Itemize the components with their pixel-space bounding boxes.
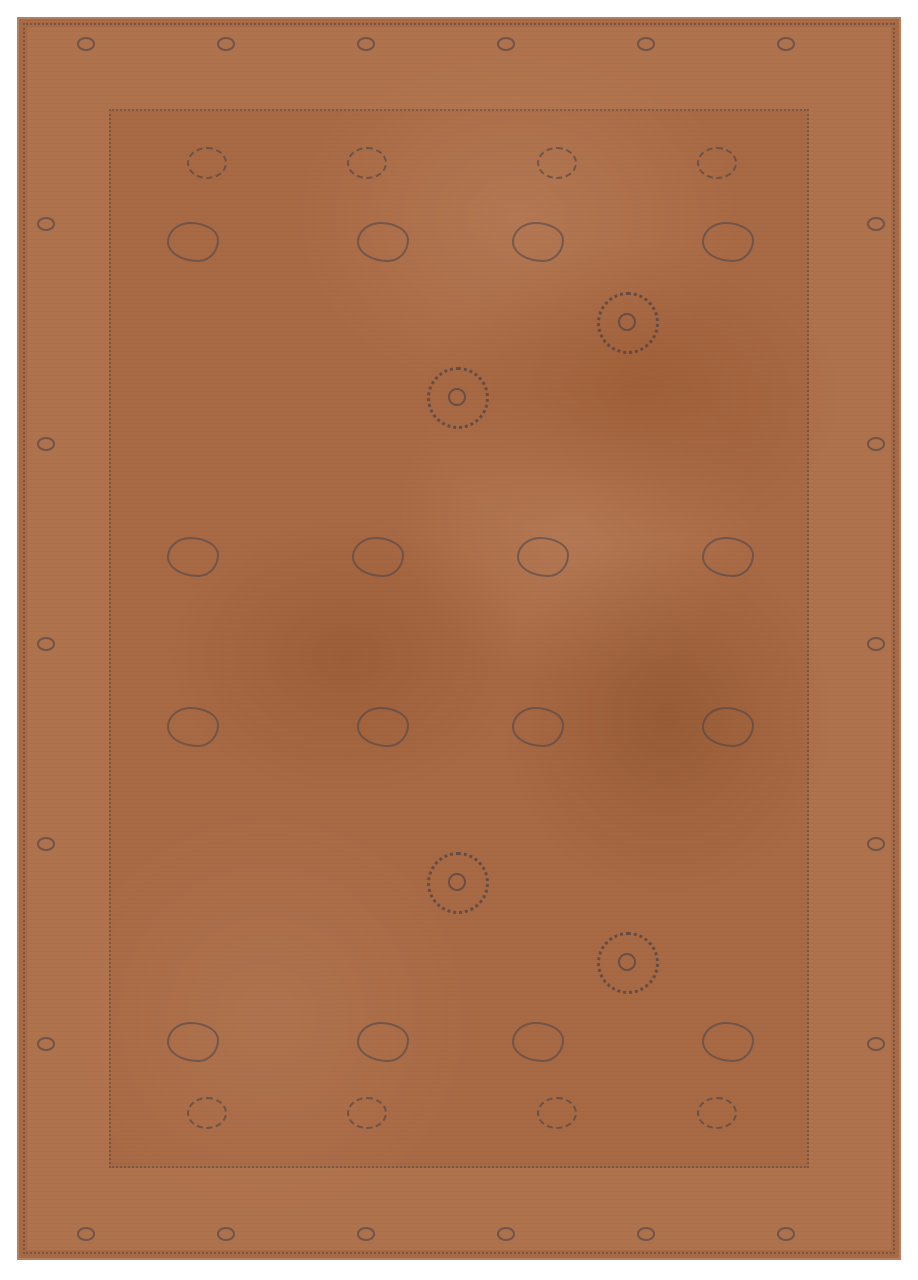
border-bead [867,837,885,851]
field-medallion [697,1097,737,1129]
border-bead [37,437,55,451]
field-medallion [537,1097,577,1129]
field-medallion [347,147,387,179]
border-bead [867,637,885,651]
border-bead [637,37,655,51]
field-medallion [537,147,577,179]
border-bead [37,1037,55,1051]
border-bead [777,37,795,51]
rug [17,17,901,1260]
border-bead [37,837,55,851]
border-bead [497,1227,515,1241]
border-bead [637,1227,655,1241]
field-medallion [187,1097,227,1129]
border-bead [867,1037,885,1051]
field-medallion [697,147,737,179]
border-bead [867,217,885,231]
border-bead [217,1227,235,1241]
border-bead [77,37,95,51]
border-bead [37,217,55,231]
field-medallion [187,147,227,179]
border-bead [357,37,375,51]
border-bead [867,437,885,451]
field-rosette [427,367,489,429]
field-rosette [597,292,659,354]
border-bead [497,37,515,51]
border-bead [37,637,55,651]
border-bead [357,1227,375,1241]
border-bead [777,1227,795,1241]
rug-inner-border [109,109,809,1168]
field-medallion [347,1097,387,1129]
border-bead [217,37,235,51]
field-rosette [597,932,659,994]
field-rosette [427,852,489,914]
border-bead [77,1227,95,1241]
